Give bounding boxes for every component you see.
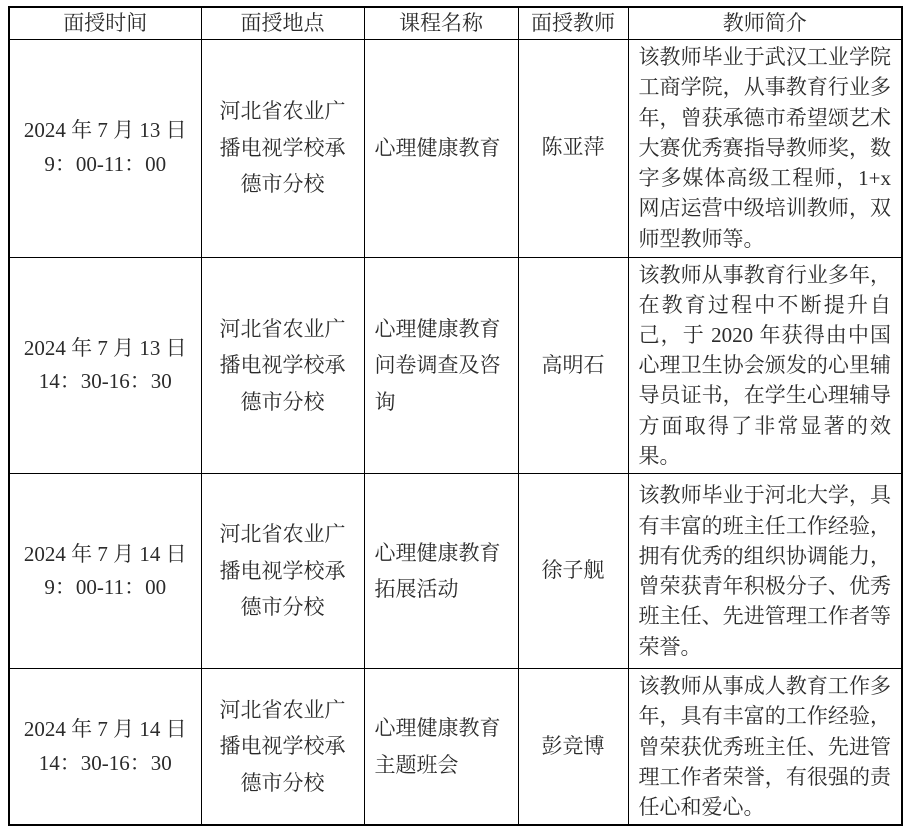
column-header-location: 面授地点 — [201, 7, 364, 39]
column-header-time: 面授时间 — [9, 7, 201, 39]
cell-course: 心理健康教育拓展活动 — [364, 474, 518, 669]
cell-location: 河北省农业广播电视学校承德市分校 — [201, 39, 364, 257]
cell-teacher: 彭竞博 — [518, 669, 628, 826]
time-date: 2024 年 7 月 14 日 — [10, 538, 201, 572]
time-date: 2024 年 7 月 13 日 — [10, 114, 201, 148]
cell-time: 2024 年 7 月 14 日 9：00-11：00 — [9, 474, 201, 669]
cell-location: 河北省农业广播电视学校承德市分校 — [201, 257, 364, 474]
table-row: 2024 年 7 月 14 日 14：30-16：30 河北省农业广播电视学校承… — [9, 669, 902, 826]
column-header-course: 课程名称 — [364, 7, 518, 39]
cell-location: 河北省农业广播电视学校承德市分校 — [201, 474, 364, 669]
time-range: 9：00-11：00 — [10, 571, 201, 605]
table-header-row: 面授时间 面授地点 课程名称 面授教师 教师简介 — [9, 7, 902, 39]
cell-time: 2024 年 7 月 14 日 14：30-16：30 — [9, 669, 201, 826]
time-range: 14：30-16：30 — [10, 747, 201, 781]
cell-course: 心理健康教育主题班会 — [364, 669, 518, 826]
cell-location: 河北省农业广播电视学校承德市分校 — [201, 669, 364, 826]
column-header-teacher: 面授教师 — [518, 7, 628, 39]
column-header-intro: 教师简介 — [628, 7, 902, 39]
cell-teacher: 陈亚萍 — [518, 39, 628, 257]
time-range: 14：30-16：30 — [10, 365, 201, 399]
cell-teacher-intro: 该教师毕业于武汉工业学院工商学院，从事教育行业多年，曾获承德市希望颂艺术大赛优秀… — [628, 39, 902, 257]
cell-teacher-intro: 该教师从事教育行业多年，在教育过程中不断提升自己，于 2020 年获得由中国心理… — [628, 257, 902, 474]
cell-teacher-intro: 该教师从事成人教育工作多年，具有丰富的工作经验，曾荣获优秀班主任、先进管理工作者… — [628, 669, 902, 826]
cell-time: 2024 年 7 月 13 日 14：30-16：30 — [9, 257, 201, 474]
cell-teacher: 高明石 — [518, 257, 628, 474]
cell-course: 心理健康教育 — [364, 39, 518, 257]
table-row: 2024 年 7 月 13 日 14：30-16：30 河北省农业广播电视学校承… — [9, 257, 902, 474]
cell-time: 2024 年 7 月 13 日 9：00-11：00 — [9, 39, 201, 257]
course-schedule-table: 面授时间 面授地点 课程名称 面授教师 教师简介 2024 年 7 月 13 日… — [8, 6, 903, 826]
cell-teacher: 徐子舰 — [518, 474, 628, 669]
time-range: 9：00-11：00 — [10, 148, 201, 182]
cell-course: 心理健康教育问卷调查及咨询 — [364, 257, 518, 474]
table-row: 2024 年 7 月 13 日 9：00-11：00 河北省农业广播电视学校承德… — [9, 39, 902, 257]
cell-teacher-intro: 该教师毕业于河北大学，具有丰富的班主任工作经验，拥有优秀的组织协调能力，曾荣获青… — [628, 474, 902, 669]
table-row: 2024 年 7 月 14 日 9：00-11：00 河北省农业广播电视学校承德… — [9, 474, 902, 669]
time-date: 2024 年 7 月 13 日 — [10, 332, 201, 366]
time-date: 2024 年 7 月 14 日 — [10, 713, 201, 747]
